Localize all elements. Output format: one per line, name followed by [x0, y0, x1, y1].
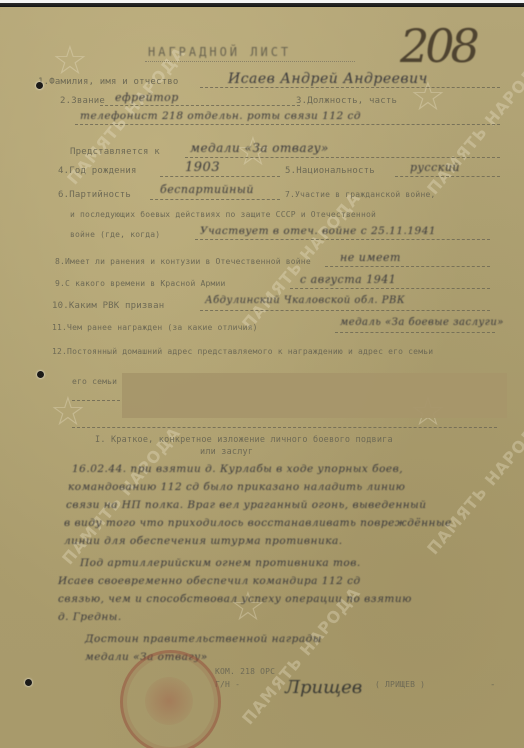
field-underline: [200, 310, 490, 311]
document-title: НАГРАДНОЙ ЛИСТ: [148, 45, 291, 59]
field-underline: [100, 105, 300, 106]
presented-for-value: медали «За отвагу»: [190, 141, 329, 155]
narrative-line: связью, чем и способствовал успеху опера…: [58, 593, 412, 605]
field-11-value: медаль «За боевые заслуги»: [340, 317, 504, 328]
field-underline: [75, 124, 500, 125]
field-10-label: 10.Каким РВК призван: [52, 301, 164, 311]
field-5-value: русский: [410, 161, 460, 174]
narrative-line: Исаев своевременно обеспечил командира 1…: [58, 575, 361, 587]
field-underline: [200, 87, 500, 88]
unit-seal-stamp: [120, 650, 221, 748]
field-9-value: с августа 1941: [300, 273, 396, 286]
presented-for-label: Представляется к: [70, 147, 160, 157]
field-underline: [395, 176, 500, 177]
field-underline: [72, 400, 120, 401]
field-6-label: 6.Партийность: [58, 190, 131, 200]
field-underline: [195, 239, 490, 240]
narrative-line: в виду того что приходилось восстанавлив…: [64, 517, 452, 529]
redacted-address-block: [122, 373, 507, 418]
field-underline: [150, 199, 280, 200]
field-8-value: не имеет: [340, 251, 401, 264]
title-underline: [145, 61, 355, 62]
field-9-label: 9.С какого времени в Красной Армии: [55, 279, 226, 288]
narrative-line: 16.02.44. при взятии д. Курлабы в ходе у…: [72, 463, 403, 475]
narrative-line: д. Гредны.: [58, 611, 122, 623]
field-10-value: Абдулинский Чкаловской обл. РВК: [205, 295, 405, 306]
field-underline: [335, 332, 495, 333]
field-7-label-line3: войне (где, когда): [70, 230, 160, 239]
watermark-star-icon: ☆: [52, 41, 88, 81]
field-underline: [325, 266, 490, 267]
binder-hole: [25, 679, 32, 686]
field-7-label-line1: 7.Участие в гражданской войне,: [285, 190, 436, 199]
signer-title-1: КОМ. 218 ОРС: [215, 667, 275, 676]
binder-hole: [37, 371, 44, 378]
sheet-number: 208: [400, 19, 476, 73]
narrative-line: связи на НП полка. Враг вел ураганный ог…: [66, 499, 427, 511]
field-3-value: телефонист 218 отдельн. роты связи 112 с…: [80, 110, 361, 122]
watermark-text: ПАМЯТЬ НАРОДА: [424, 414, 524, 558]
trailing-dash: -: [490, 680, 496, 690]
narrative-line: командованию 112 сд было приказано налад…: [68, 481, 405, 493]
handwritten-signature: Лрищев: [285, 677, 362, 698]
field-11-label: 11.Чем ранее награжден (за какие отличия…: [52, 323, 258, 332]
field-1-label: 1.Фамилия, имя и отчество: [38, 77, 178, 87]
narrative-line: линии для обеспечения штурма противника.: [64, 535, 343, 547]
signer-typed-name: ( ЛРИЩЕВ ): [375, 680, 425, 689]
field-12-label: 12.Постоянный домашний адрес представляе…: [52, 347, 433, 356]
field-7-value: Участвует в отеч. войне с 25.11.1941: [200, 225, 436, 237]
field-4-label: 4.Год рождения: [58, 166, 137, 176]
section-header-line1: I. Краткое, конкретное изложение личного…: [95, 435, 393, 445]
binder-hole: [36, 82, 43, 89]
field-6-value: беспартийный: [160, 183, 254, 196]
field-underline: [290, 288, 490, 289]
field-12-label-cont: его семьи: [72, 377, 117, 386]
field-3-label: 3.Должность, часть: [296, 96, 397, 106]
field-1-value: Исаев Андрей Андреевич: [228, 71, 428, 87]
field-2-value: ефрейтор: [115, 91, 179, 104]
watermark-star-icon: ☆: [50, 392, 86, 432]
field-5-label: 5.Национальность: [285, 166, 375, 176]
section-header-line2: или заслуг: [200, 447, 253, 457]
conclusion-line1: Достоин правительственной награды: [85, 633, 322, 645]
field-underline: [160, 176, 280, 177]
field-8-label: 8.Имеет ли ранения и контузии в Отечеств…: [55, 257, 311, 266]
award-sheet-page: ☆ ПАМЯТЬ НАРОДА ☆ ПАМЯТЬ НАРОДА ☆ ПАМЯТЬ…: [0, 7, 524, 748]
field-2-label: 2.Звание: [60, 96, 105, 106]
field-underline: [185, 157, 500, 158]
narrative-line: Под артиллерийским огнем противника тов.: [80, 557, 361, 569]
seal-emblem: [145, 677, 193, 725]
field-7-label-line2: и последующих боевых действиях по защите…: [70, 210, 376, 219]
field-4-value: 1903: [185, 160, 220, 175]
section-divider: [72, 427, 497, 428]
